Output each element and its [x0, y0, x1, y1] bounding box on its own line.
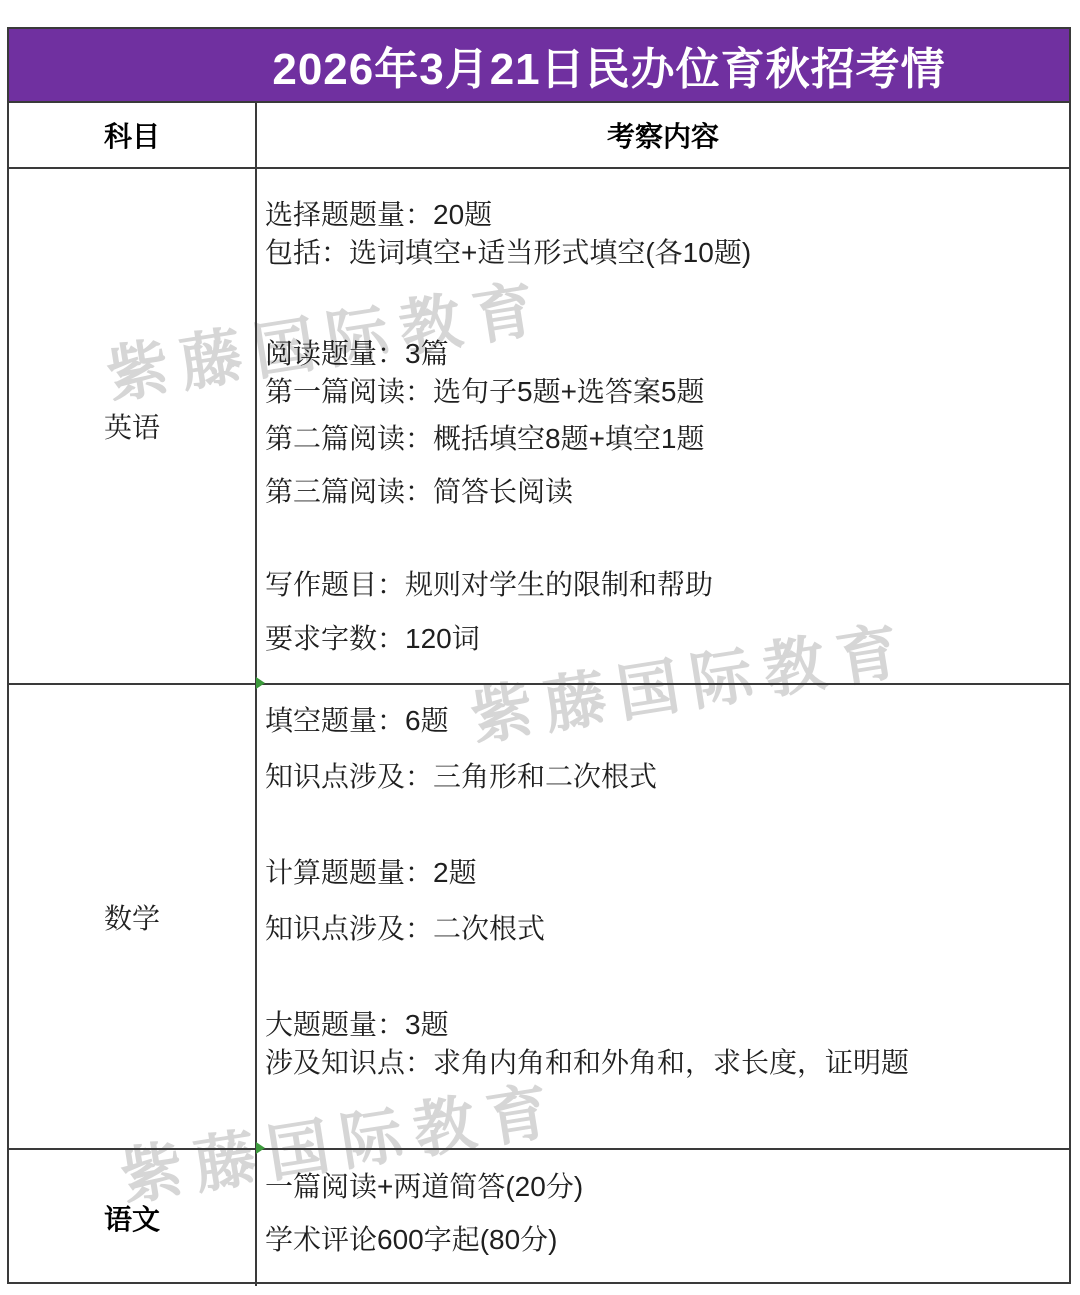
- content-group: 大题题量：3题涉及知识点：求角内角和和外角和，求长度，证明题: [265, 1006, 1069, 1082]
- page: 紫藤国际教育 紫藤国际教育 紫藤国际教育 2026年3月21日民办位育秋招考情 …: [0, 0, 1080, 1295]
- content-group: 第三篇阅读：简答长阅读: [265, 473, 1069, 511]
- table-body: 英语 选择题题量：20题包括：选词填空+适当形式填空(各10题)阅读题量：3篇第…: [9, 169, 1069, 1286]
- content-group: 一篇阅读+两道简答(20分): [265, 1168, 1069, 1206]
- table-row: 语文 一篇阅读+两道简答(20分)学术评论600字起(80分): [9, 1150, 1069, 1286]
- content-group: 第二篇阅读：概括填空8题+填空1题: [265, 420, 1069, 458]
- table-row: 英语 选择题题量：20题包括：选词填空+适当形式填空(各10题)阅读题量：3篇第…: [9, 169, 1069, 685]
- content-cell: 填空题量：6题知识点涉及：三角形和二次根式计算题题量：2题知识点涉及：二次根式大…: [257, 685, 1069, 1148]
- content-line: 第二篇阅读：概括填空8题+填空1题: [265, 420, 1069, 458]
- content-group: 写作题目：规则对学生的限制和帮助: [265, 566, 1069, 604]
- content-line: 学术评论600字起(80分): [265, 1221, 1069, 1259]
- subject-cell-label: 语文: [9, 1150, 257, 1286]
- content-line: 大题题量：3题: [265, 1006, 1069, 1044]
- content-group: 阅读题量：3篇第一篇阅读：选句子5题+选答案5题: [265, 335, 1069, 411]
- content-line: 第一篇阅读：选句子5题+选答案5题: [265, 373, 1069, 411]
- table-row: 数学 填空题量：6题知识点涉及：三角形和二次根式计算题题量：2题知识点涉及：二次…: [9, 685, 1069, 1150]
- content-line: 选择题题量：20题: [265, 196, 1069, 234]
- title-band: 2026年3月21日民办位育秋招考情: [9, 29, 1069, 101]
- content-line: 知识点涉及：二次根式: [265, 910, 1069, 948]
- content-line: 知识点涉及：三角形和二次根式: [265, 758, 1069, 796]
- column-header-content: 考察内容: [257, 103, 1069, 167]
- content-line: 涉及知识点：求角内角和和外角和，求长度，证明题: [265, 1044, 1069, 1082]
- content-group: 选择题题量：20题包括：选词填空+适当形式填空(各10题): [265, 196, 1069, 272]
- content-line: 第三篇阅读：简答长阅读: [265, 473, 1069, 511]
- content-line: 计算题题量：2题: [265, 854, 1069, 892]
- content-line: 写作题目：规则对学生的限制和帮助: [265, 566, 1069, 604]
- content-group: 计算题题量：2题: [265, 854, 1069, 892]
- subject-cell-label: 数学: [9, 685, 257, 1148]
- content-line: 要求字数：120词: [265, 620, 1069, 658]
- content-group: 知识点涉及：三角形和二次根式: [265, 758, 1069, 796]
- column-header-subject: 科目: [9, 103, 257, 167]
- subject-cell-label: 英语: [9, 169, 257, 683]
- content-group: 要求字数：120词: [265, 620, 1069, 658]
- content-group: 学术评论600字起(80分): [265, 1221, 1069, 1259]
- content-group: 填空题量：6题: [265, 702, 1069, 740]
- content-cell: 选择题题量：20题包括：选词填空+适当形式填空(各10题)阅读题量：3篇第一篇阅…: [257, 169, 1069, 683]
- content-cell: 一篇阅读+两道简答(20分)学术评论600字起(80分): [257, 1150, 1069, 1286]
- content-line: 填空题量：6题: [265, 702, 1069, 740]
- table-header-row: 科目 考察内容: [9, 101, 1069, 169]
- content-line: 包括：选词填空+适当形式填空(各10题): [265, 234, 1069, 272]
- green-cell-marker-icon: [256, 1142, 265, 1154]
- content-line: 阅读题量：3篇: [265, 335, 1069, 373]
- exam-info-table: 2026年3月21日民办位育秋招考情 科目 考察内容 英语 选择题题量：20题包…: [7, 27, 1071, 1284]
- content-line: 一篇阅读+两道简答(20分): [265, 1168, 1069, 1206]
- green-cell-marker-icon: [256, 677, 265, 689]
- page-title: 2026年3月21日民办位育秋招考情: [272, 33, 945, 97]
- content-group: 知识点涉及：二次根式: [265, 910, 1069, 948]
